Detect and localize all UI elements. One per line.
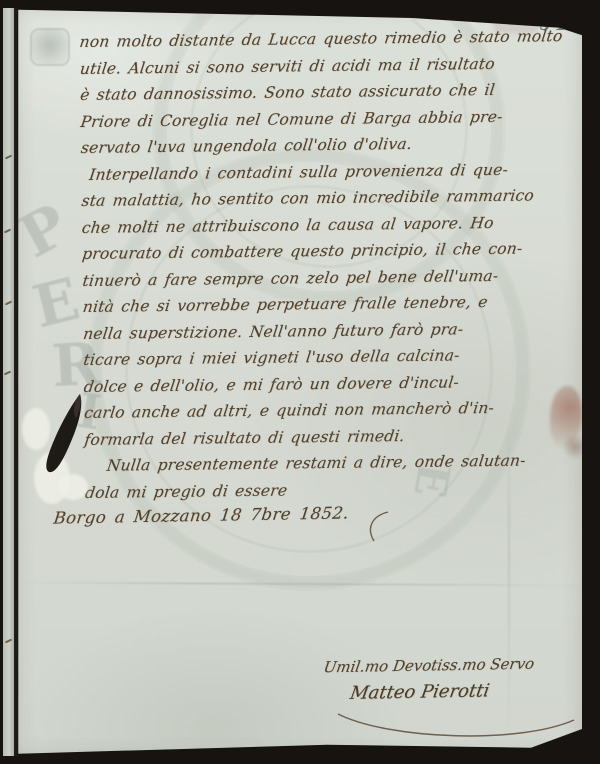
letter-paper: P E R I E 51 non molto distante da Lucca… — [16, 6, 582, 756]
stroke-mark — [4, 229, 11, 234]
watermark-letter: E — [28, 270, 85, 337]
stain-mark — [564, 434, 586, 460]
stroke-mark — [5, 155, 12, 160]
letter-body: non molto distante da Lucca questo rimed… — [77, 27, 575, 510]
signature-name: Matteo Pierotti — [349, 679, 588, 704]
embossed-stamp-icon — [30, 28, 70, 66]
stroke-mark — [5, 639, 12, 644]
signature-flourish-icon — [330, 706, 580, 746]
crease-line — [508, 424, 510, 744]
watermark-letter: P — [11, 195, 77, 267]
date-flourish-icon — [358, 508, 398, 544]
stroke-mark — [5, 301, 12, 306]
photo-frame: P E R I E 51 non molto distante da Lucca… — [0, 0, 600, 764]
stroke-mark — [4, 371, 11, 376]
ink-blot — [42, 392, 88, 484]
signature-block: Umil.mo Devotiss.mo Servo Matteo Pierott… — [324, 654, 587, 705]
adjacent-page-edge — [3, 8, 17, 756]
valediction-line: Umil.mo Devotiss.mo Servo — [322, 654, 587, 677]
